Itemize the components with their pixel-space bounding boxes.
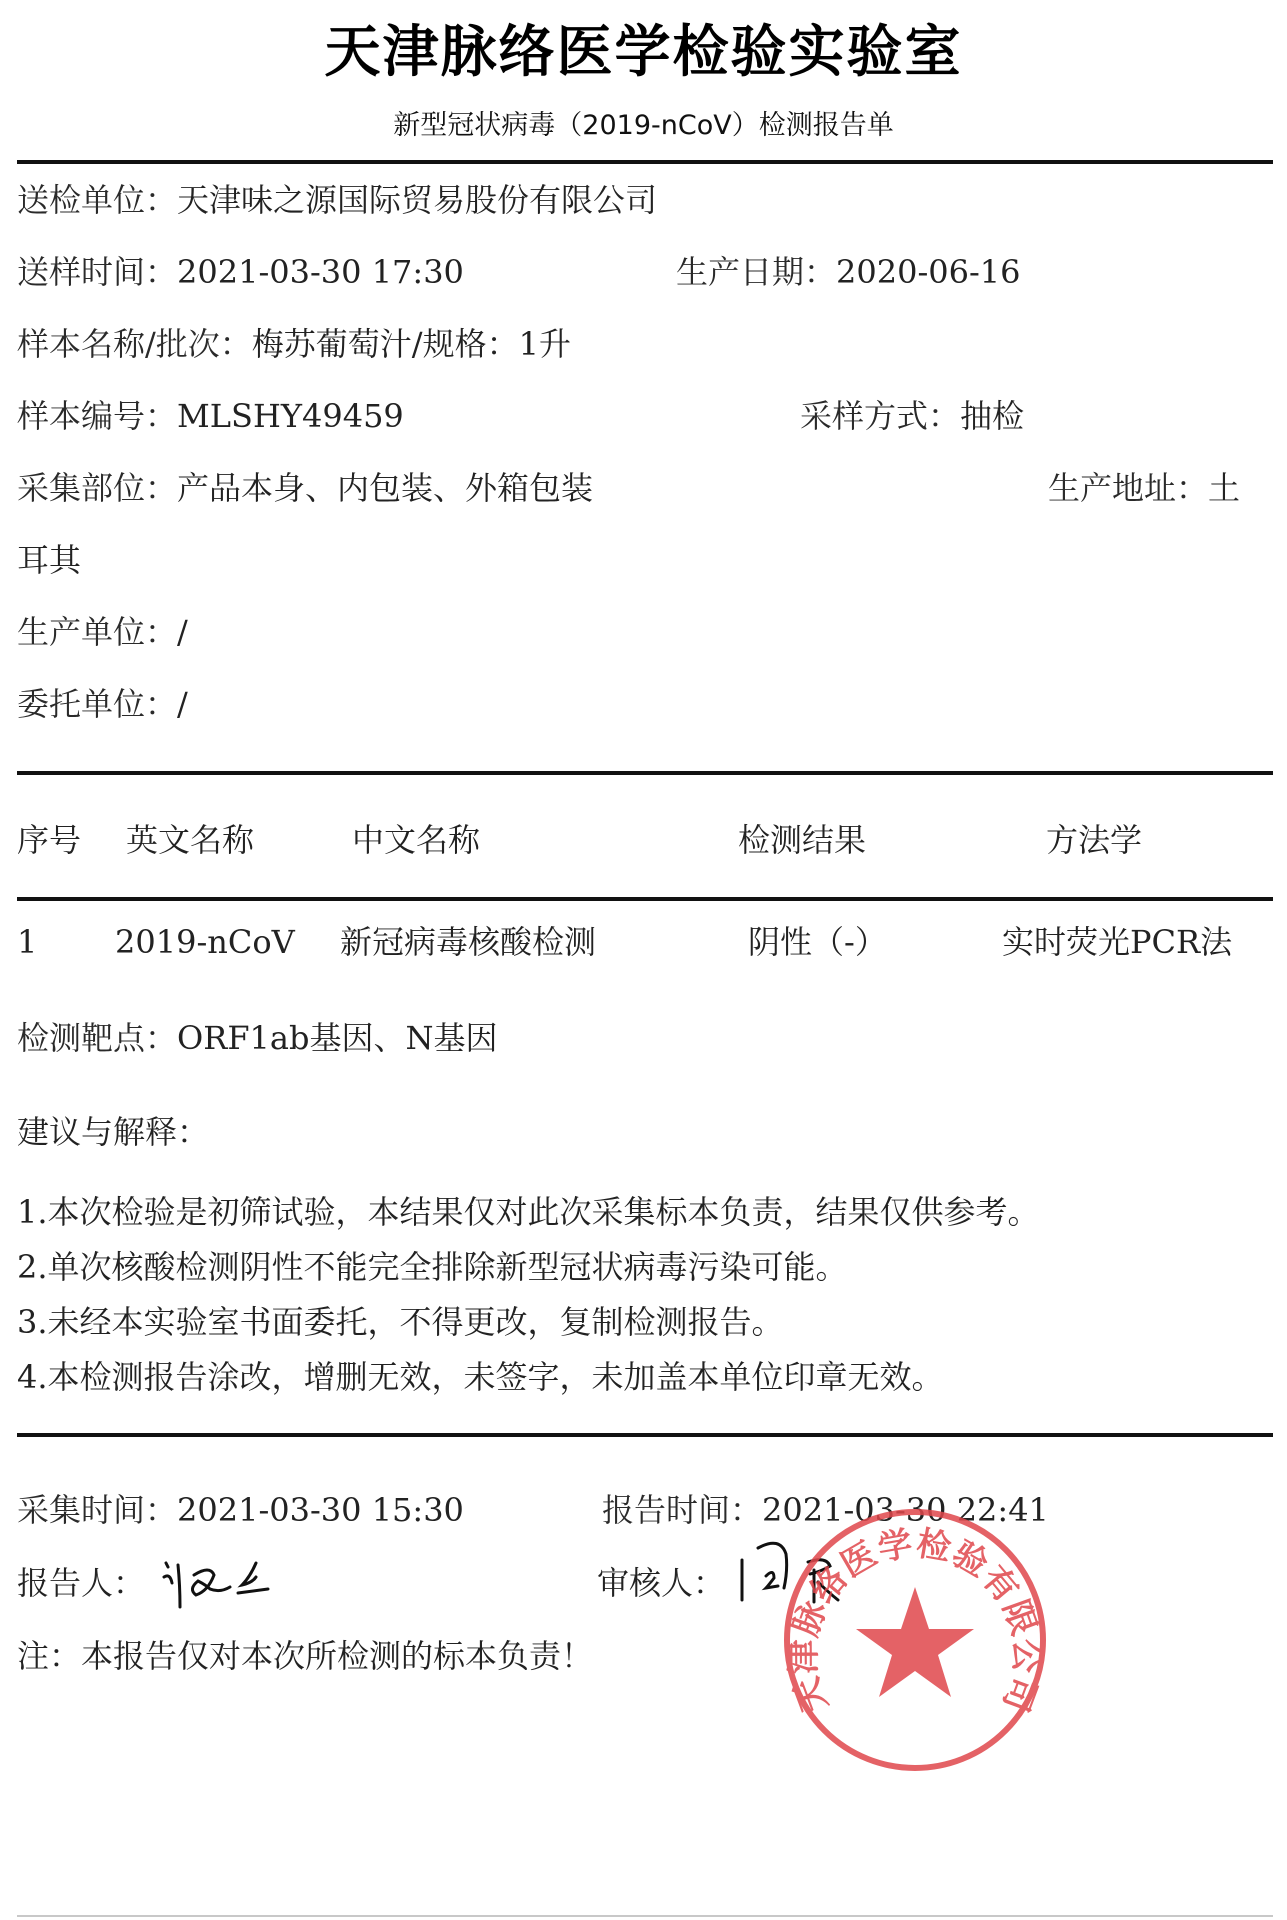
production-address-continuation: 耳其 [17, 540, 81, 580]
cell-english-name: 2019-nCoV [115, 922, 295, 962]
sample-name-value: 梅苏葡萄汁/规格：1升 [252, 325, 571, 363]
lab-title: 天津脉络医学检验实验室 [0, 8, 1287, 88]
manufacturer-label: 生产单位： [17, 613, 177, 651]
production-date-label: 生产日期： [676, 253, 836, 291]
col-header-index: 序号 [17, 820, 81, 860]
advice-item: 4.本检测报告涂改，增删无效，未签字，未加盖本单位印章无效。 [17, 1357, 944, 1397]
cell-method: 实时荧光PCR法 [1002, 922, 1232, 962]
sample-id-label: 样本编号： [17, 397, 177, 435]
collection-site-value: 产品本身、内包装、外箱包装 [177, 469, 593, 507]
targets-label: 检测靶点： [17, 1019, 177, 1057]
entrusting-unit-row: 委托单位：/ [17, 684, 188, 724]
production-address-row: 生产地址：土 [1048, 468, 1240, 508]
entrusting-unit-label: 委托单位： [17, 685, 177, 723]
sampling-method-value: 抽检 [960, 397, 1024, 435]
reviewer-label: 审核人： [597, 1563, 725, 1603]
cell-result: 阴性（-） [748, 922, 887, 962]
col-header-english-name: 英文名称 [126, 820, 254, 860]
production-date-row: 生产日期：2020-06-16 [676, 252, 1021, 292]
submission-time-label: 送样时间： [17, 253, 177, 291]
submission-time-row: 送样时间：2021-03-30 17:30 [17, 252, 464, 292]
info-divider [17, 771, 1273, 775]
collection-site-label: 采集部位： [17, 469, 177, 507]
table-header-divider [17, 897, 1273, 901]
collection-time-label: 采集时间： [17, 1491, 177, 1529]
disclaimer-note: 注：本报告仅对本次所检测的标本负责！ [17, 1636, 593, 1676]
sampling-method-row: 采样方式：抽检 [800, 396, 1024, 436]
production-address-label: 生产地址： [1048, 469, 1208, 507]
official-seal-icon: 天津脉络医学检验有限公司 [780, 1505, 1050, 1775]
report-subtitle: 新型冠状病毒（2019-nCoV）检测报告单 [0, 103, 1287, 142]
collection-time-row: 采集时间：2021-03-30 15:30 [17, 1490, 464, 1530]
sample-id-row: 样本编号：MLSHY49459 [17, 396, 404, 436]
submitting-unit-row: 送检单位：天津味之源国际贸易股份有限公司 [17, 180, 657, 220]
page-bottom-divider [17, 1915, 1273, 1917]
col-header-result: 检测结果 [738, 820, 866, 860]
submitting-unit-label: 送检单位： [17, 181, 177, 219]
col-header-method: 方法学 [1046, 820, 1142, 860]
production-address-value-line1: 土 [1208, 469, 1240, 507]
sample-name-row: 样本名称/批次：梅苏葡萄汁/规格：1升 [17, 324, 571, 364]
targets-value: ORF1ab基因、N基因 [177, 1019, 497, 1057]
reporter-label: 报告人： [17, 1563, 145, 1603]
entrusting-unit-value: / [177, 685, 188, 723]
advice-divider [17, 1433, 1273, 1437]
sampling-method-label: 采样方式： [800, 397, 960, 435]
cell-chinese-name: 新冠病毒核酸检测 [340, 922, 596, 962]
header-divider [17, 160, 1273, 164]
advice-heading: 建议与解释： [17, 1112, 209, 1152]
targets-row: 检测靶点：ORF1ab基因、N基因 [17, 1018, 497, 1058]
report-time-label: 报告时间： [602, 1491, 762, 1529]
manufacturer-value: / [177, 613, 188, 651]
sample-id-value: MLSHY49459 [177, 397, 404, 435]
col-header-chinese-name: 中文名称 [352, 820, 480, 860]
collection-site-row: 采集部位：产品本身、内包装、外箱包装 [17, 468, 593, 508]
manufacturer-row: 生产单位：/ [17, 612, 188, 652]
collection-time-value: 2021-03-30 15:30 [177, 1491, 464, 1529]
production-date-value: 2020-06-16 [836, 253, 1021, 291]
advice-item: 1.本次检验是初筛试验，本结果仅对此次采集标本负责，结果仅供参考。 [17, 1192, 1040, 1232]
advice-item: 3.未经本实验室书面委托，不得更改，复制检测报告。 [17, 1302, 784, 1342]
submission-time-value: 2021-03-30 17:30 [177, 253, 464, 291]
cell-index: 1 [17, 922, 37, 962]
advice-item: 2.单次核酸检测阴性不能完全排除新型冠状病毒污染可能。 [17, 1247, 848, 1287]
reporter-signature-icon [158, 1555, 278, 1615]
sample-name-label: 样本名称/批次： [17, 325, 252, 363]
submitting-unit-value: 天津味之源国际贸易股份有限公司 [177, 181, 657, 219]
